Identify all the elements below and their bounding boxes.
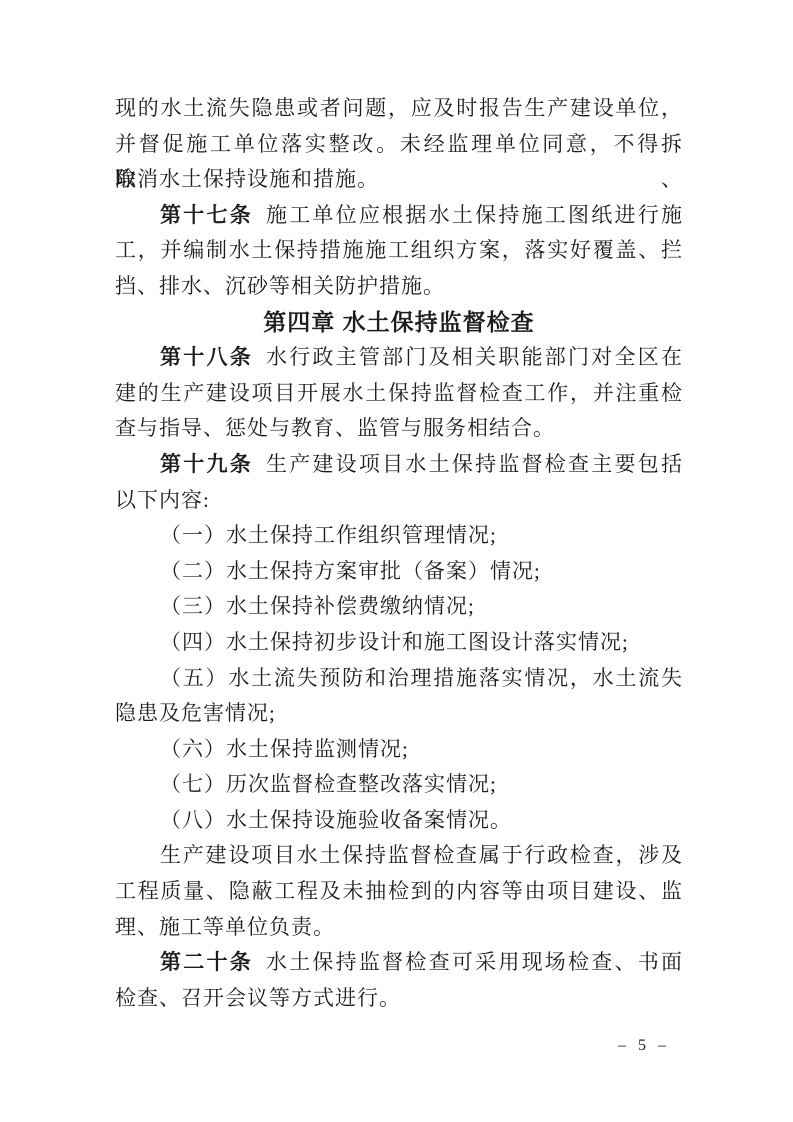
text-line: 挡、排水、沉砂等相关防护措施。 — [115, 269, 683, 305]
text-line: 生产建设项目水土保持监督检查属于行政检查，涉及 — [115, 838, 683, 874]
text-line: 工，并编制水土保持措施施工组织方案，落实好覆盖、拦 — [115, 233, 683, 269]
article-label: 第二十条 — [160, 951, 253, 974]
document-page: 现的水土流失隐患或者问题，应及时报告生产建设单位， 并督促施工单位落实整改。未经… — [0, 0, 793, 1122]
text-line: 理、施工等单位负责。 — [115, 910, 683, 946]
text-block: 现的水土流失隐患或者问题，应及时报告生产建设单位， 并督促施工单位落实整改。未经… — [115, 91, 683, 1016]
article-label: 第十七条 — [160, 204, 253, 227]
text-line: 建的生产建设项目开展水土保持监督检查工作，并注重检 — [115, 376, 683, 412]
list-item: （二）水土保持方案审批（备案）情况; — [115, 554, 683, 590]
chapter-heading: 第四章 水土保持监督检查 — [115, 305, 683, 341]
list-item: （七）历次监督检查整改落实情况; — [115, 767, 683, 803]
text-line-body: 水行政主管部门及相关职能部门对全区在 — [266, 345, 683, 369]
text-line: 隐患及危害情况; — [115, 696, 683, 732]
list-item: （一）水土保持工作组织管理情况; — [115, 518, 683, 554]
text-line: 第十七条施工单位应根据水土保持施工图纸进行施 — [115, 198, 683, 234]
text-line-body: 水土保持监督检查可采用现场检查、书面 — [266, 950, 683, 974]
text-line: 第十九条生产建设项目水土保持监督检查主要包括 — [115, 447, 683, 483]
list-item: （三）水土保持补偿费缴纳情况; — [115, 589, 683, 625]
list-item: （四）水土保持初步设计和施工图设计落实情况; — [115, 625, 683, 661]
page-number: – 5 – — [618, 1037, 670, 1055]
text-line: 第十八条水行政主管部门及相关职能部门对全区在 — [115, 340, 683, 376]
text-line: 并督促施工单位落实整改。未经监理单位同意，不得拆除、 — [115, 127, 683, 163]
text-line: 查与指导、惩处与教育、监管与服务相结合。 — [115, 411, 683, 447]
text-line: 以下内容: — [115, 483, 683, 519]
text-line-body: 施工单位应根据水土保持施工图纸进行施 — [266, 203, 683, 227]
text-line: 检查、召开会议等方式进行。 — [115, 981, 683, 1017]
article-label: 第十九条 — [160, 453, 253, 476]
text-line-body: 生产建设项目水土保持监督检查主要包括 — [266, 452, 683, 476]
text-line: 现的水土流失隐患或者问题，应及时报告生产建设单位， — [115, 91, 683, 127]
text-line: 第二十条水土保持监督检查可采用现场检查、书面 — [115, 945, 683, 981]
article-label: 第十八条 — [160, 346, 253, 369]
list-item: （六）水土保持监测情况; — [115, 732, 683, 768]
text-line: 工程质量、隐蔽工程及未抽检到的内容等由项目建设、监 — [115, 874, 683, 910]
list-item: （八）水土保持设施验收备案情况。 — [115, 803, 683, 839]
list-item: （五）水土流失预防和治理措施落实情况，水土流失 — [115, 661, 683, 697]
